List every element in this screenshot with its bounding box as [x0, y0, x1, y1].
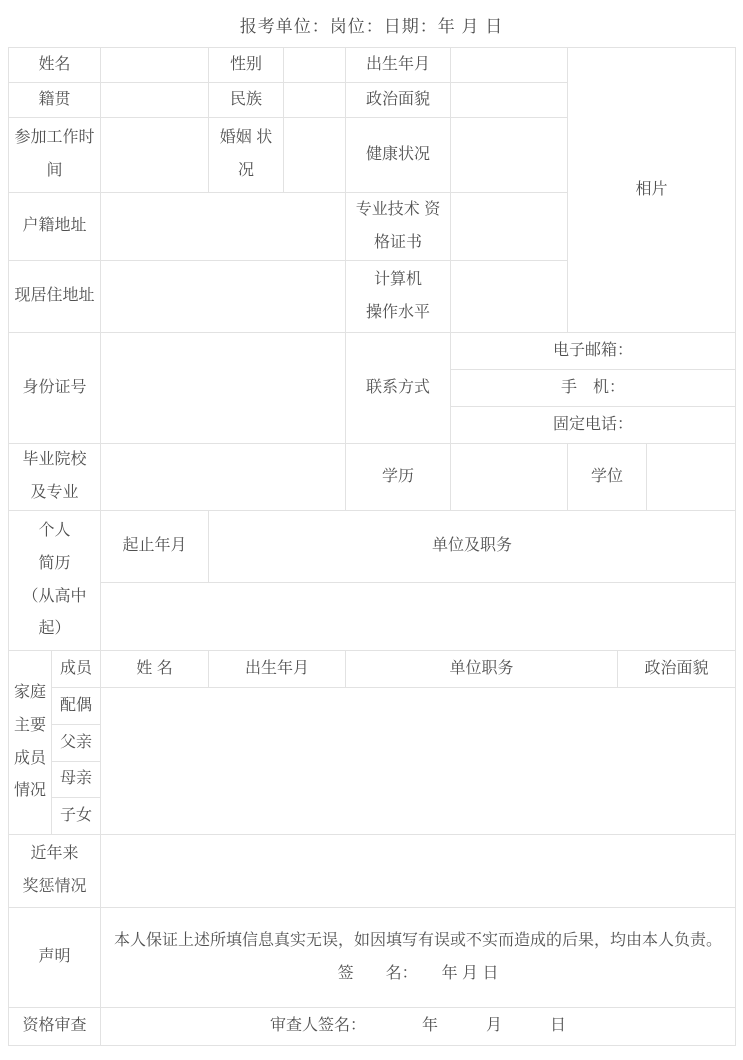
- statement-content-cell: 本人保证上述所填信息真实无误，如因填写有误或不实而造成的后果，均由本人负责。签 …: [101, 908, 736, 1008]
- computer-skill-label: 计算机 操作水平: [346, 261, 451, 333]
- id-number-value-cell: [101, 333, 346, 444]
- rewards-value-cell: [101, 835, 736, 908]
- statement-text: 本人保证上述所填信息真实无误，如因填写有误或不实而造成的后果，均由本人负责。: [106, 925, 730, 958]
- education-value-cell: [451, 444, 568, 511]
- contact-method-label: 联系方式: [346, 333, 451, 444]
- name-value-cell: [101, 48, 209, 83]
- work-start-time-value-cell: [101, 118, 209, 193]
- school-and-major-label: 毕业院校 及专业: [9, 444, 101, 511]
- political-status-value-cell: [451, 83, 568, 118]
- family-org-header: 单位职务: [346, 651, 618, 688]
- family-birth-header: 出生年月: [209, 651, 346, 688]
- father-label: 父亲: [52, 725, 101, 762]
- health-status-value-cell: [451, 118, 568, 193]
- form-title: 报考单位：岗位：日期：年 月 日: [0, 0, 743, 47]
- row-basic-1: 姓名 性别 出生年月 相片: [9, 48, 736, 83]
- statement-label: 声明: [9, 908, 101, 1008]
- row-family-header: 家庭 主要 成员 情况 成员 姓 名 出生年月 单位职务 政治面貌: [9, 651, 736, 688]
- registered-address-value-cell: [101, 193, 346, 261]
- statement-signature-line: 签 名： 年 月 日: [106, 958, 730, 991]
- row-rewards: 近年来 奖惩情况: [9, 835, 736, 908]
- birth-date-label: 出生年月: [346, 48, 451, 83]
- name-label: 姓名: [9, 48, 101, 83]
- marital-status-label: 婚姻 状况: [209, 118, 284, 193]
- row-resume-header: 个人 简历 （从高中 起） 起止年月 单位及职务: [9, 511, 736, 583]
- school-and-major-value-cell: [101, 444, 346, 511]
- review-signature-cell: 审查人签名： 年 月 日: [101, 1008, 736, 1046]
- ethnicity-label: 民族: [209, 83, 284, 118]
- political-status-label: 政治面貌: [346, 83, 451, 118]
- native-place-value-cell: [101, 83, 209, 118]
- row-contact-email: 身份证号 联系方式 电子邮箱：: [9, 333, 736, 370]
- professional-cert-value-cell: [451, 193, 568, 261]
- current-address-label: 现居住地址: [9, 261, 101, 333]
- resume-period-header: 起止年月: [101, 511, 209, 583]
- health-status-label: 健康状况: [346, 118, 451, 193]
- native-place-label: 籍贯: [9, 83, 101, 118]
- registered-address-label: 户籍地址: [9, 193, 101, 261]
- gender-value-cell: [284, 48, 346, 83]
- qualification-review-label: 资格审查: [9, 1008, 101, 1046]
- birth-date-value-cell: [451, 48, 568, 83]
- family-name-header: 姓 名: [101, 651, 209, 688]
- row-resume-blank: [9, 583, 736, 651]
- row-qualification-review: 资格审查 审查人签名： 年 月 日: [9, 1008, 736, 1046]
- application-form-table: 姓名 性别 出生年月 相片 籍贯 民族 政治面貌 参加工作时间 婚姻 状况 健康…: [8, 47, 736, 1046]
- photo-cell: 相片: [568, 48, 736, 333]
- row-statement: 声明 本人保证上述所填信息真实无误，如因填写有误或不实而造成的后果，均由本人负责…: [9, 908, 736, 1008]
- landline-label-cell: 固定电话：: [451, 407, 736, 444]
- family-entries-cell: [101, 688, 736, 835]
- marital-status-value-cell: [284, 118, 346, 193]
- resume-label: 个人 简历 （从高中 起）: [9, 511, 101, 651]
- work-start-time-label: 参加工作时间: [9, 118, 101, 193]
- id-number-label: 身份证号: [9, 333, 101, 444]
- row-education: 毕业院校 及专业 学历 学位: [9, 444, 736, 511]
- email-label-cell: 电子邮箱：: [451, 333, 736, 370]
- professional-cert-label: 专业技术 资格证书: [346, 193, 451, 261]
- row-family-spouse: 配偶: [9, 688, 736, 725]
- rewards-label: 近年来 奖惩情况: [9, 835, 101, 908]
- resume-entries-cell: [101, 583, 736, 651]
- resume-org-header: 单位及职务: [209, 511, 736, 583]
- family-political-header: 政治面貌: [618, 651, 736, 688]
- ethnicity-value-cell: [284, 83, 346, 118]
- education-label: 学历: [346, 444, 451, 511]
- degree-label: 学位: [568, 444, 647, 511]
- spouse-label: 配偶: [52, 688, 101, 725]
- family-member-header: 成员: [52, 651, 101, 688]
- computer-skill-value-cell: [451, 261, 568, 333]
- mobile-label-cell: 手 机：: [451, 370, 736, 407]
- current-address-value-cell: [101, 261, 346, 333]
- mother-label: 母亲: [52, 762, 101, 798]
- children-label: 子女: [52, 798, 101, 835]
- degree-value-cell: [647, 444, 736, 511]
- family-label: 家庭 主要 成员 情况: [9, 651, 52, 835]
- gender-label: 性别: [209, 48, 284, 83]
